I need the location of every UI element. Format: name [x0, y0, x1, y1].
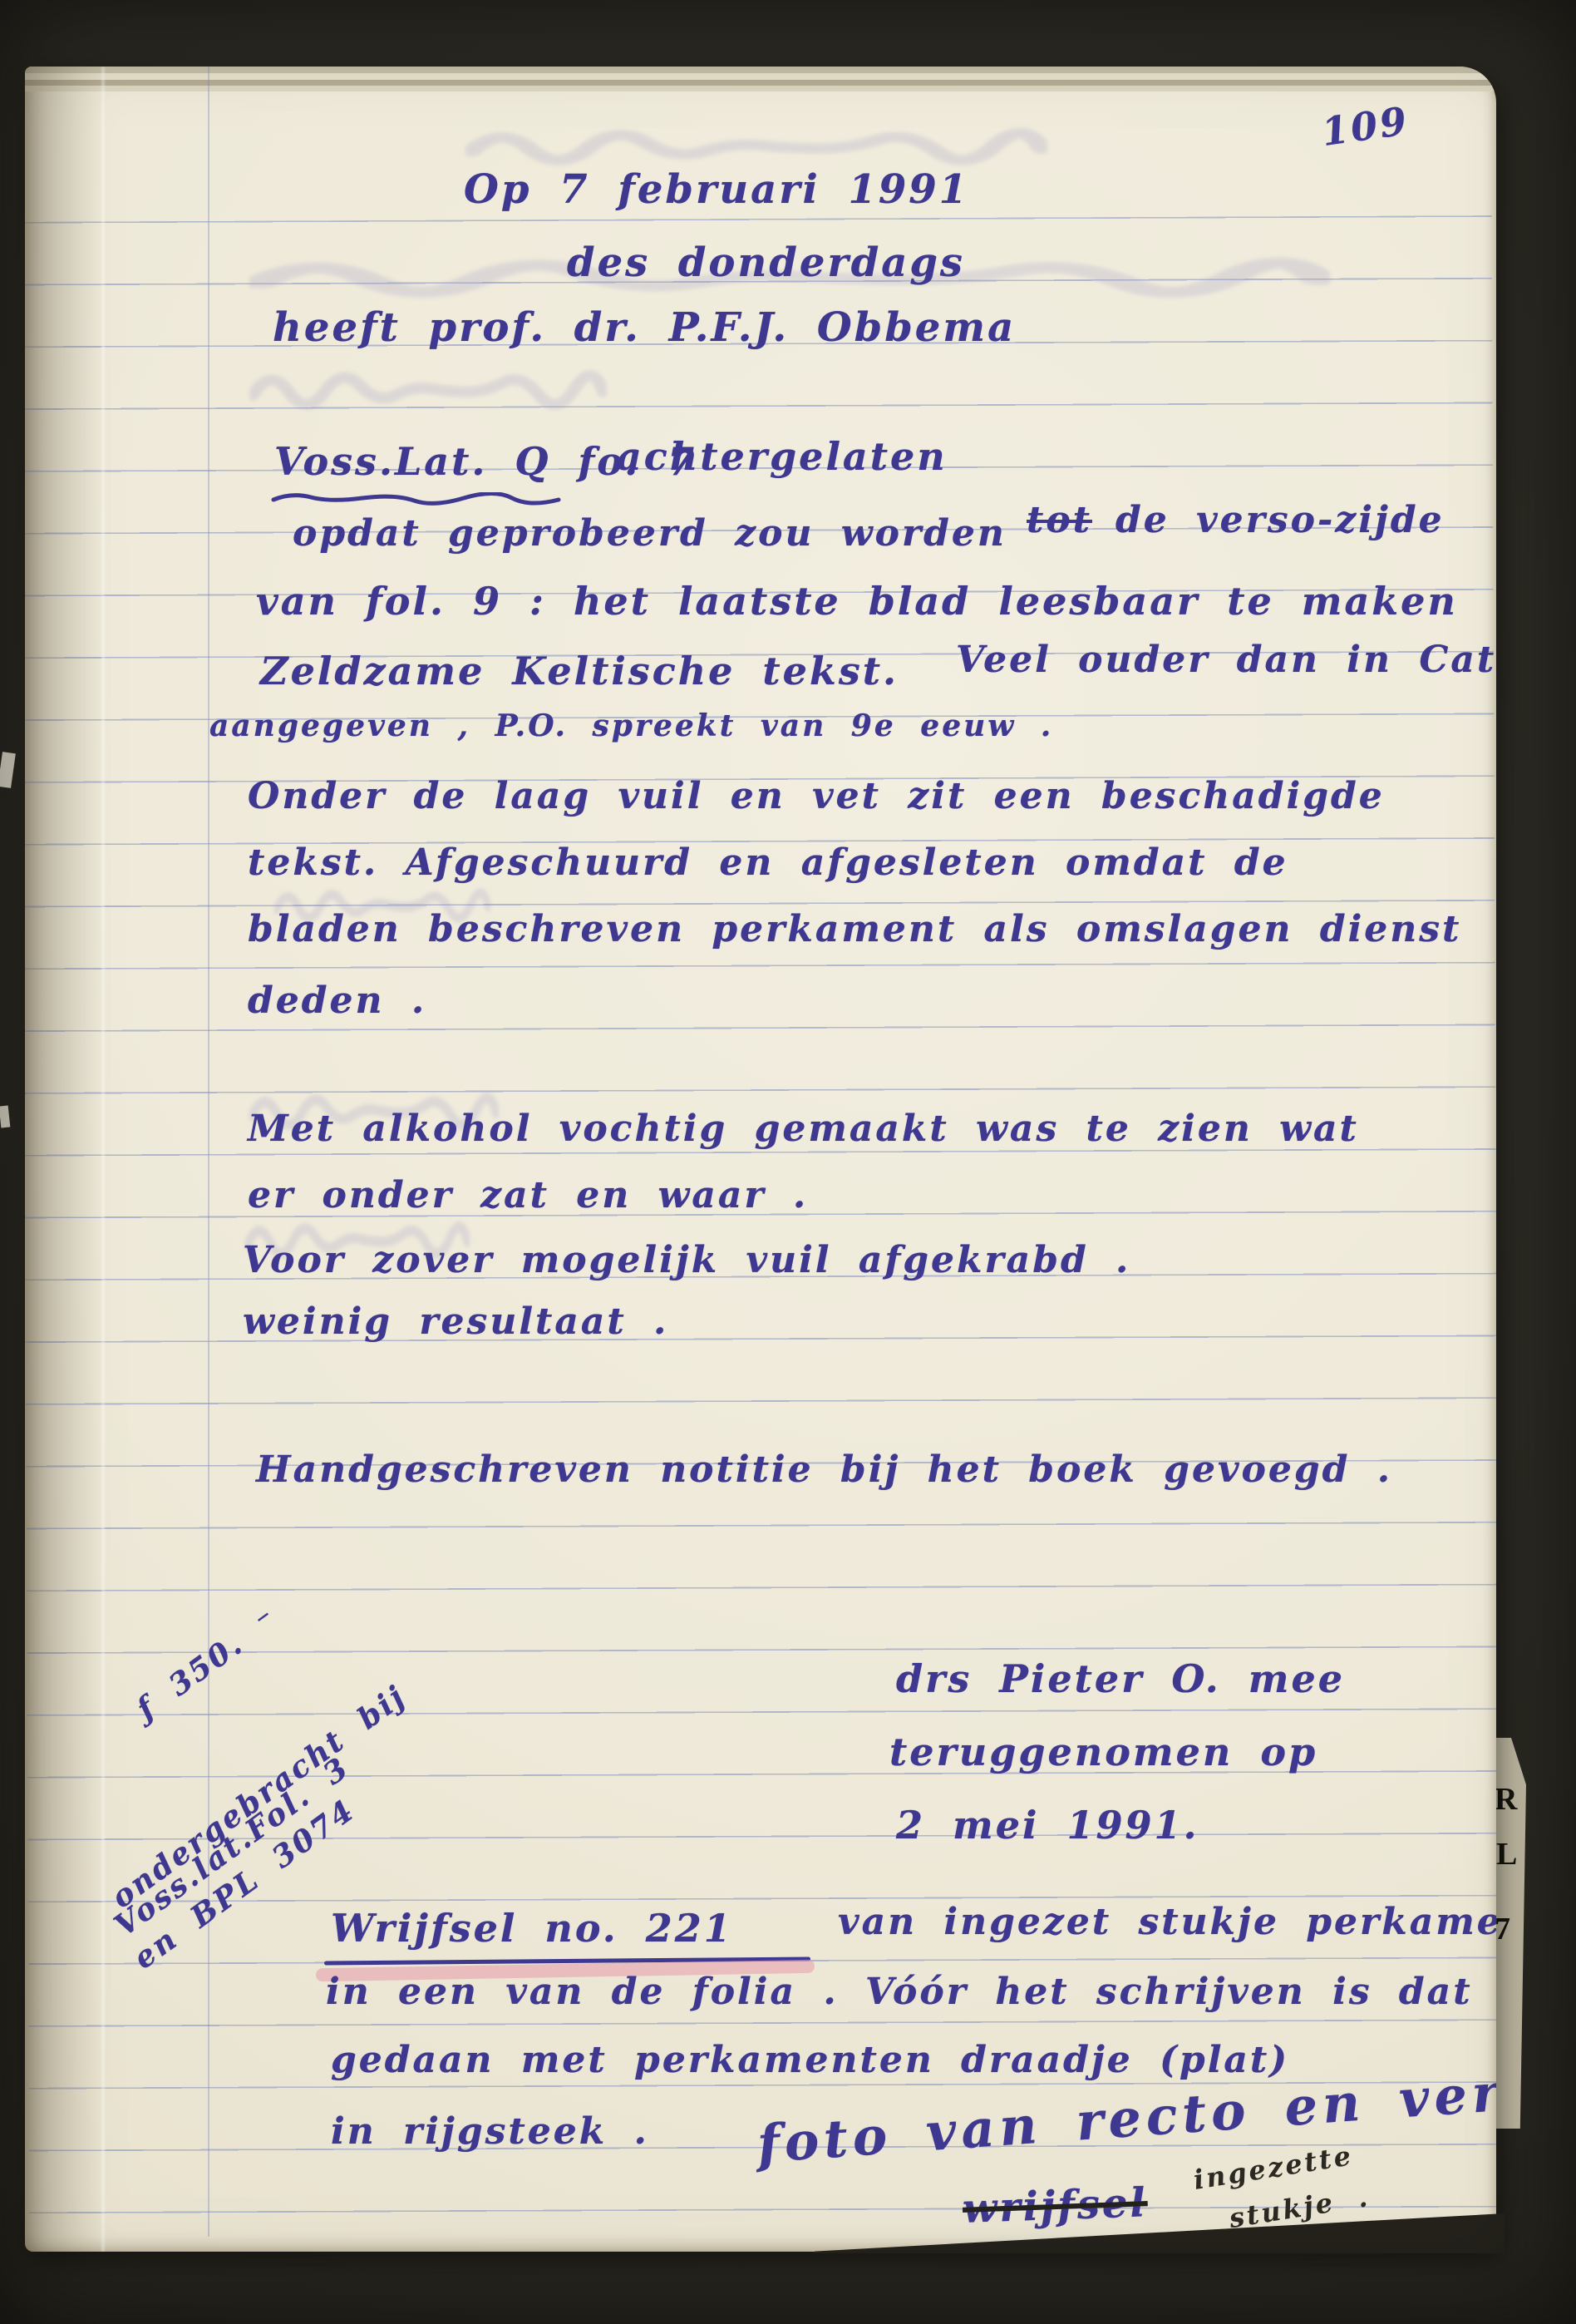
gutter-highlight: [101, 67, 105, 2252]
condition-line3: bladen beschreven perkament als omslagen…: [248, 908, 1461, 950]
paper-chip: [0, 1105, 10, 1127]
page-edge-sliver: R L 7: [1493, 1738, 1526, 2129]
rubbing-note-line2: in een van de folia . Vóór het schrijven…: [326, 1971, 1473, 2013]
strikethrough-word: tot: [1027, 499, 1092, 541]
paper-page: 109 Op 7 februari 1991 des donderdags he…: [25, 67, 1496, 2252]
bleedthrough-mark: [249, 358, 607, 420]
condition-line2: tekst. Afgeschuurd en afgesleten omdat d…: [248, 841, 1288, 884]
treatment-line4: weinig resultaat .: [243, 1300, 668, 1343]
added-note-line1: Handgeschreven notitie bij het boek gevo…: [256, 1448, 1392, 1491]
edge-glyph: L: [1496, 1836, 1517, 1873]
treatment-line3: Voor zover mogelijk vuil afgekrabd .: [243, 1239, 1130, 1281]
entry-line1-post: de verso-zijde: [1116, 499, 1445, 541]
shelfmark-note: achtergelaten: [617, 434, 948, 479]
condition-line4: deden .: [248, 979, 426, 1022]
date-heading-line1: Op 7 februari 1991: [464, 166, 969, 213]
date-heading-line2: des donderdags: [567, 239, 965, 286]
rubbing-note-title-rest: van ingezet stukje perkament: [838, 1901, 1496, 1943]
edge-glyph: 7: [1495, 1911, 1510, 1947]
notebook-photo-backdrop: R L 7 109 Op 7 februari 1991 des donderd…: [0, 0, 1576, 2324]
condition-line1: Onder de laag vuil en vet zit een bescha…: [248, 775, 1385, 817]
return-note-line3: 2 mei 1991.: [896, 1803, 1199, 1848]
entry-line4: aangegeven , P.O. spreekt van 9e eeuw .: [209, 708, 1053, 743]
rubbing-note-line4: in rijgsteek .: [331, 2110, 649, 2153]
crossed-out-word: wrijfsel: [962, 2179, 1148, 2233]
entry-line3-right: Veel ouder dan in Cat.: [956, 639, 1496, 681]
entry-line1-pre: opdat geprobeerd zou worden: [293, 512, 1007, 555]
date-heading-line3: heeft prof. dr. P.F.J. Obbema: [273, 304, 1016, 351]
treatment-line2: er onder zat en waar .: [248, 1174, 808, 1216]
entry-line3-left: Zeldzame Keltische tekst.: [260, 649, 899, 693]
return-note-line1: drs Pieter O. mee: [896, 1656, 1345, 1701]
page-number: 109: [1319, 98, 1412, 155]
rubbing-note-title: Wrijfsel no. 221: [331, 1906, 733, 1951]
rubbing-note-line3: gedaan met perkamenten draadje (plat): [331, 2039, 1289, 2081]
treatment-line1: Met alkohol vochtig gemaakt was te zien …: [248, 1108, 1359, 1150]
paper-chip: [0, 752, 16, 788]
page-edge-stack: [25, 67, 1496, 91]
edge-glyph: R: [1495, 1781, 1517, 1818]
entry-line2: van fol. 9 : het laatste blad leesbaar t…: [256, 579, 1458, 624]
shelfmark-wavy-underline: [271, 492, 562, 506]
return-note-line2: teruggenomen op: [889, 1729, 1317, 1774]
